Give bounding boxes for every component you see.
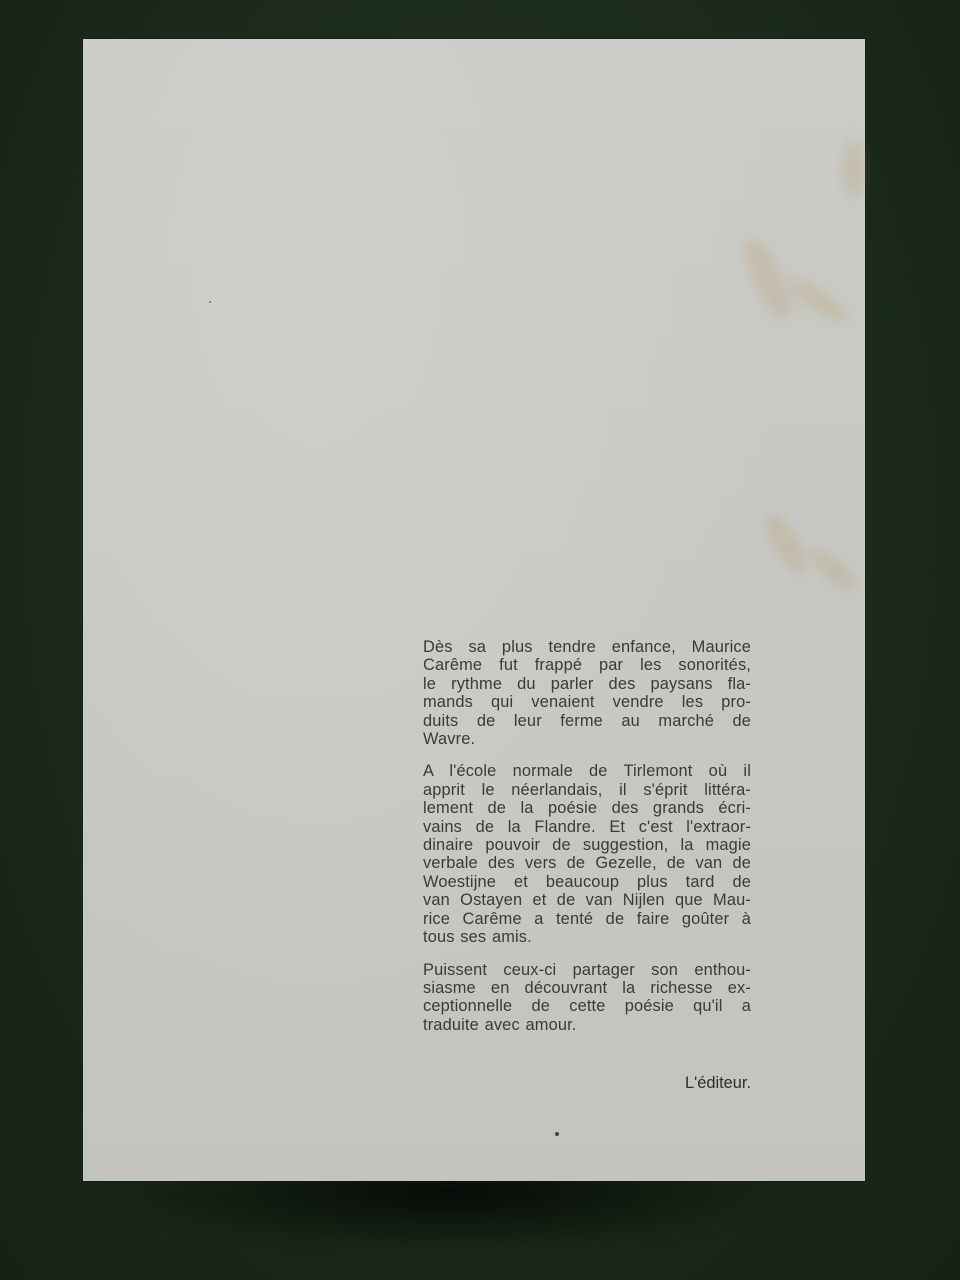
paper-stain [843,139,865,199]
text-line: van Ostayen et de van Nijlen que Mau- [423,891,751,909]
text-line: Carême fut frappé par les sonorités, [423,656,751,674]
text-line: ceptionnelle de cette poésie qu'il a [423,997,751,1015]
ink-speck [209,301,211,303]
text-line: rice Carême a tenté de faire goûter à [423,910,751,928]
text-line: verbale des vers de Gezelle, de van de [423,854,751,872]
publisher-signature: L'éditeur. [423,1074,751,1092]
paragraph-1: Dès sa plus tendre enfance, Maurice Carê… [423,638,751,748]
paper-stain [783,271,853,329]
ink-speck [555,1132,559,1136]
text-line: A l'école normale de Tirlemont où il [423,762,751,780]
paper-stain [757,507,815,581]
text-line: tous ses amis. [423,928,751,946]
text-line: Woestijne et beaucoup plus tard de [423,873,751,891]
text-line: le rythme du parler des paysans fla- [423,675,751,693]
blurb-text: Dès sa plus tendre enfance, Maurice Carê… [423,638,751,1048]
text-line: Dès sa plus tendre enfance, Maurice [423,638,751,656]
text-line: siasme en découvrant la richesse ex- [423,979,751,997]
paper-stain [803,542,863,597]
book-shadow [100,1175,800,1255]
paragraph-2: A l'école normale de Tirlemont où il app… [423,762,751,946]
text-line: Wavre. [423,730,751,748]
text-line: mands qui venaient vendre les pro- [423,693,751,711]
text-line: lement de la poésie des grands écri- [423,799,751,817]
text-line: duits de leur ferme au marché de [423,712,751,730]
text-line: dinaire pouvoir de suggestion, la magie [423,836,751,854]
text-line: vains de la Flandre. Et c'est l'extraor- [423,818,751,836]
text-line: traduite avec amour. [423,1016,751,1034]
text-line: apprit le néerlandais, il s'éprit littér… [423,781,751,799]
paragraph-3: Puissent ceux-ci partager son enthou- si… [423,961,751,1035]
text-line: Puissent ceux-ci partager son enthou- [423,961,751,979]
